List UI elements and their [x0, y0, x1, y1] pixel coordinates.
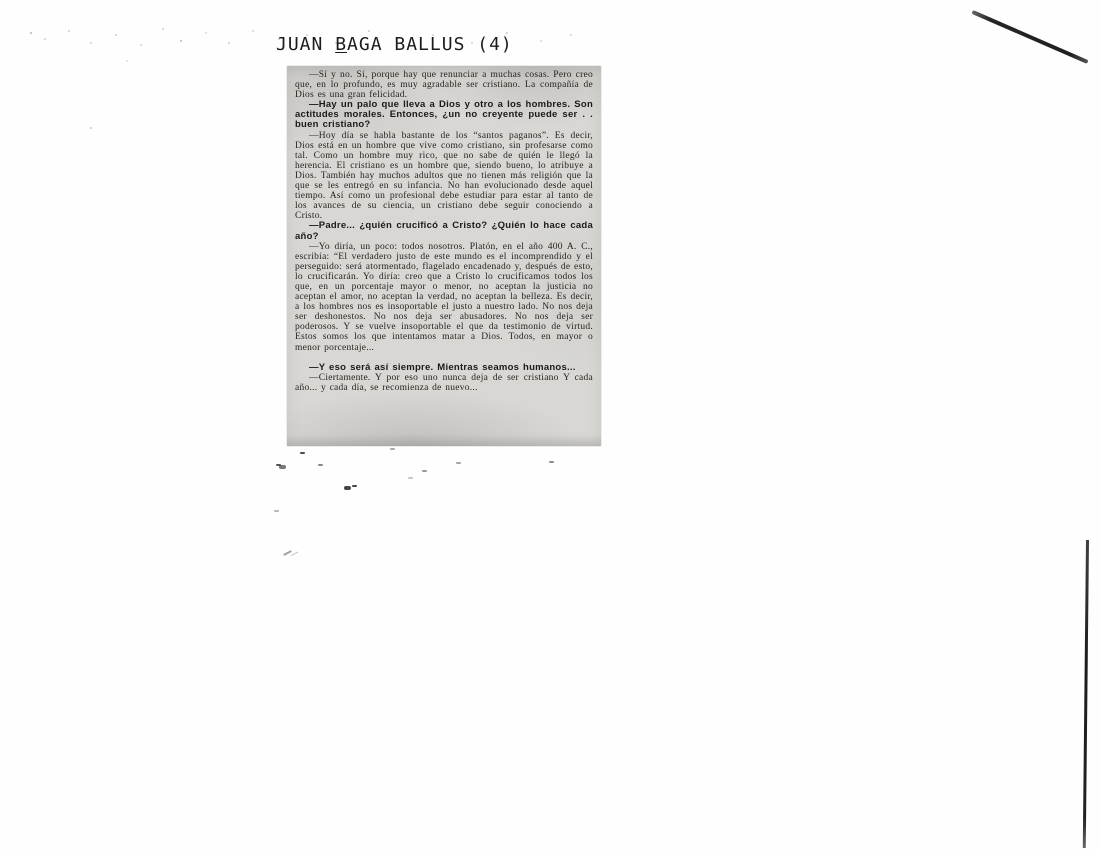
- clipping-paragraph: —Hay un palo que lleva a Dios y otro a l…: [295, 100, 593, 130]
- vertical-scan-line: [1083, 540, 1089, 848]
- page-title-post: AGA BALLUS (4): [347, 34, 513, 55]
- clipping-paragraph: —Ciertamente. Y por eso uno nunca deja d…: [295, 373, 593, 393]
- page-title-pre: JUAN: [276, 34, 335, 55]
- newspaper-clipping: —Sí y no. Sí, porque hay que renunciar a…: [287, 66, 601, 446]
- clipping-paragraph: —Padre... ¿quién crucificó a Cristo? ¿Qu…: [295, 221, 593, 241]
- page-title-underlined-letter: B: [335, 34, 347, 55]
- pencil-mark: [283, 550, 292, 556]
- clipping-paragraph: —Y eso será así siempre. Mientras seamos…: [295, 363, 593, 373]
- scan-page: JUAN BAGA BALLUS (4) —Sí y no. Sí, porqu…: [0, 0, 1100, 850]
- clipping-paragraph: —Yo diría, un poco: todos nosotros. Plat…: [295, 242, 593, 353]
- ink-specks: [300, 452, 305, 454]
- clipping-paragraph: —Hoy día se habla bastante de los “santo…: [295, 131, 593, 222]
- diagonal-pen-stroke: [972, 10, 1089, 63]
- clipping-paragraph: —Sí y no. Sí, porque hay que renunciar a…: [295, 70, 593, 100]
- page-title: JUAN BAGA BALLUS (4): [276, 34, 513, 55]
- photocopy-speckles: [30, 32, 32, 34]
- clipping-text: —Sí y no. Sí, porque hay que renunciar a…: [295, 70, 593, 393]
